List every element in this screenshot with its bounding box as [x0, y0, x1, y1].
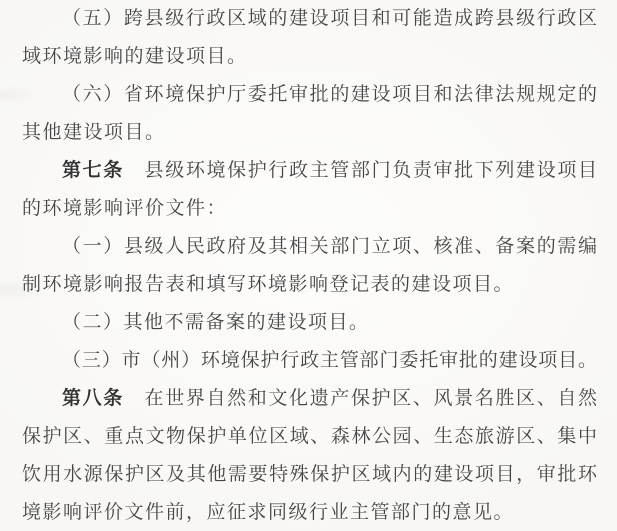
- text-run: 域环境影响的建设项目。: [22, 46, 248, 67]
- text-run: 保护区、重点文物保护单位区域、森林公园、生态旅游区、集中: [22, 426, 597, 447]
- text-line: 第七条 县级环境保护行政主管部门负责审批下列建设项目: [22, 152, 597, 190]
- text-run: （六）省环境保护厅委托审批的建设项目和法律法规规定的: [62, 84, 597, 105]
- text-line: 制环境影响报告表和填写环境影响登记表的建设项目。: [22, 266, 597, 304]
- text-line: 的环境影响评价文件：: [22, 190, 597, 228]
- text-run: （五）跨县级行政区域的建设项目和可能造成跨县级行政区: [62, 8, 597, 29]
- text-line: 保护区、重点文物保护单位区域、森林公园、生态旅游区、集中: [22, 418, 597, 456]
- text-line: （一）县级人民政府及其相关部门立项、核准、备案的需编: [22, 228, 597, 266]
- text-line: （六）省环境保护厅委托审批的建设项目和法律法规规定的: [22, 76, 597, 114]
- document-text-block: （五）跨县级行政区域的建设项目和可能造成跨县级行政区域环境影响的建设项目。（六）…: [22, 0, 597, 531]
- text-run: 县级环境保护行政主管部门负责审批下列建设项目: [124, 160, 597, 181]
- text-run: （二）其他不需备案的建设项目。: [62, 312, 370, 333]
- text-line: 第八条 在世界自然和文化遗产保护区、风景名胜区、自然: [22, 380, 597, 418]
- text-line: 域环境影响的建设项目。: [22, 38, 597, 76]
- text-line: （五）跨县级行政区域的建设项目和可能造成跨县级行政区: [22, 0, 597, 38]
- text-run: （一）县级人民政府及其相关部门立项、核准、备案的需编: [62, 236, 597, 257]
- scanned-document-page: （五）跨县级行政区域的建设项目和可能造成跨县级行政区域环境影响的建设项目。（六）…: [0, 0, 617, 531]
- text-line: （三）市（州）环境保护行政主管部门委托审批的建设项目。: [22, 342, 597, 380]
- text-run: 饮用水源保护区及其他需要特殊保护区域内的建设项目，审批环: [22, 464, 597, 485]
- text-run: 制环境影响报告表和填写环境影响登记表的建设项目。: [22, 274, 514, 295]
- text-run: （三）市（州）环境保护行政主管部门委托审批的建设项目。: [62, 350, 597, 371]
- text-run: 其他建设项目。: [22, 122, 166, 143]
- text-line: 其他建设项目。: [22, 114, 597, 152]
- article-number: 第八条: [62, 388, 124, 409]
- article-number: 第七条: [62, 160, 124, 181]
- text-run: 的环境影响评价文件：: [22, 198, 227, 219]
- text-line: （二）其他不需备案的建设项目。: [22, 304, 597, 342]
- text-run: 境影响评价文件前，应征求同级行业主管部门的意见。: [22, 502, 514, 523]
- text-line: 境影响评价文件前，应征求同级行业主管部门的意见。: [22, 494, 597, 531]
- text-line: 饮用水源保护区及其他需要特殊保护区域内的建设项目，审批环: [22, 456, 597, 494]
- text-run: 在世界自然和文化遗产保护区、风景名胜区、自然: [124, 388, 597, 409]
